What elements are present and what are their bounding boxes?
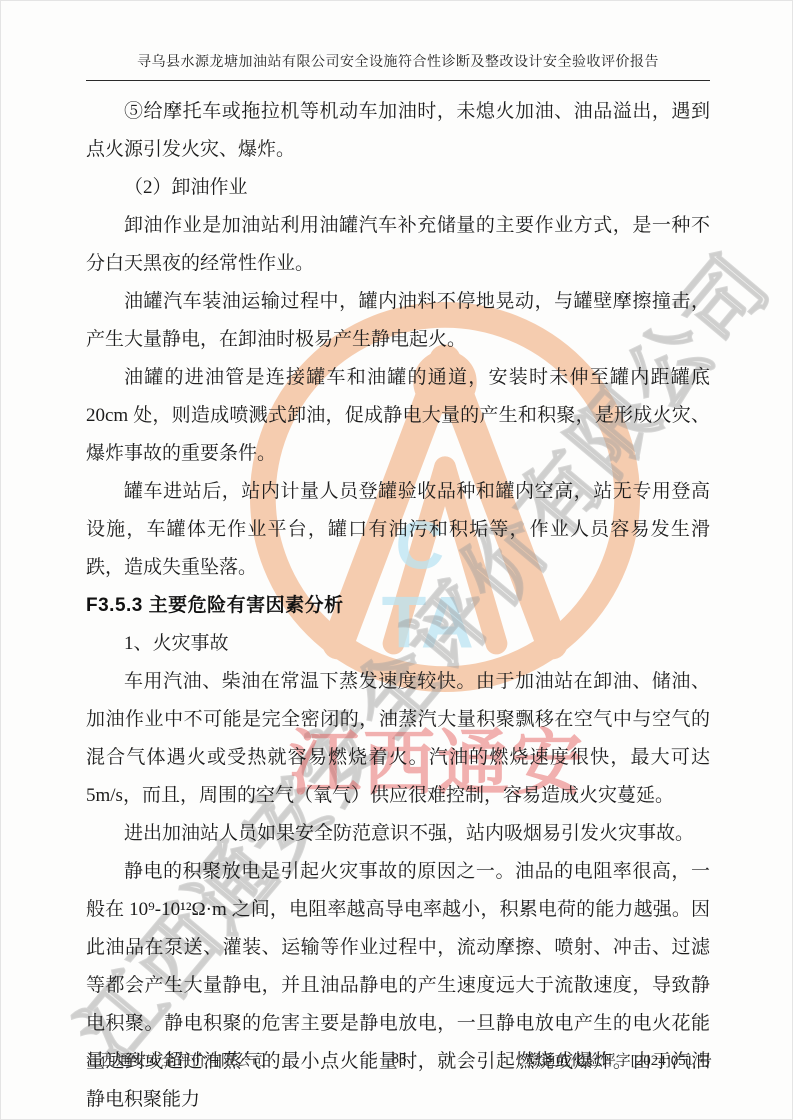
report-page: C TA 江西通安安全评价有限公司 江西通安 寻乌县水源龙塘加油站有限公司安全设…	[0, 0, 793, 1120]
paragraph: 静电的积聚放电是引起火灾事故的原因之一。油品的电阻率很高，一般在 10⁹-10¹…	[86, 853, 710, 1119]
paragraph: 油罐的进油管是连接罐车和油罐的通道，安装时未伸至罐内距罐底 20cm 处，则造成…	[86, 359, 710, 473]
paragraph: 卸油作业是加油站利用油罐汽车补充储量的主要作业方式，是一种不分白天黑夜的经常性作…	[86, 207, 710, 283]
section-heading: F3.5.3 主要危险有害因素分析	[86, 587, 710, 625]
page-header-title: 寻乌县水源龙塘加油站有限公司安全设施符合性诊断及整改设计安全验收评价报告	[86, 51, 710, 81]
paragraph: ⑤给摩托车或拖拉机等机动车加油时，未熄火加油、油品溢出，遇到点火源引发火灾、爆炸…	[86, 93, 710, 169]
footer-company-name: 江西通安安全评价有限公司	[86, 1049, 266, 1070]
paragraph: 油罐汽车装油运输过程中，罐内油料不停地晃动，与罐壁摩擦撞击，产生大量静电，在卸油…	[86, 283, 710, 359]
paragraph: 罐车进站后，站内计量人员登罐验收品种和罐内空高，站无专用登高设施，车罐体无作业平…	[86, 473, 710, 587]
paragraph: （2）卸油作业	[86, 169, 710, 207]
document-body: ⑤给摩托车或拖拉机等机动车加油时，未熄火加油、油品溢出，遇到点火源引发火灾、爆炸…	[86, 93, 710, 1119]
footer-page-number: 83	[392, 1051, 407, 1068]
list-item-title: 1、火灾事故	[86, 625, 710, 663]
paragraph: 进出加油站人员如果安全防范意识不强，站内吸烟易引发火灾事故。	[86, 815, 710, 853]
footer-document-number: 赣通危化验评字[2024]051 号	[526, 1049, 712, 1070]
page-footer: 江西通安安全评价有限公司 83 赣通危化验评字[2024]051 号	[86, 1049, 712, 1073]
paragraph: 车用汽油、柴油在常温下蒸发速度较快。由于加油站在卸油、储油、加油作业中不可能是完…	[86, 663, 710, 815]
